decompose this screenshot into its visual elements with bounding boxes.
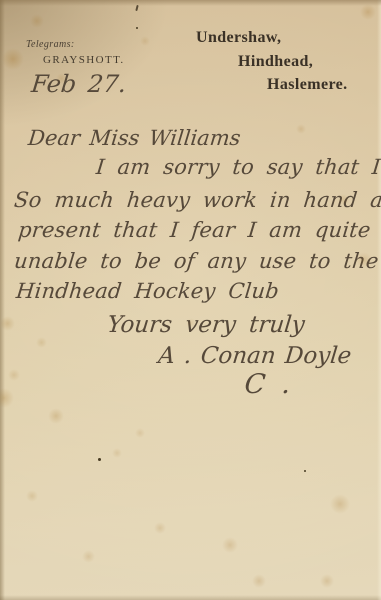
foxing-stain [338,194,349,205]
foxing-stain [112,448,122,458]
ink-speck [304,470,306,472]
foxing-stain [30,14,44,28]
letterhead-line-haslemere: Haslemere. [267,76,348,94]
telegrams-address: GRAYSHOTT. [43,54,125,66]
body-line: present that I fear I am quite [17,218,372,242]
foxing-stain [330,494,350,514]
body-line: Hindhead Hockey Club [15,279,280,303]
foxing-stain [8,369,20,381]
body-line: So much heavy work in hand at [13,188,381,212]
foxing-stain [56,73,67,84]
foxing-stain [320,574,334,588]
foxing-stain [82,550,95,563]
foxing-stain [360,4,376,20]
foxing-stain [252,574,266,588]
foxing-stain [356,252,372,268]
foxing-stain [222,537,238,553]
signature-flourish: C . [243,369,292,400]
body-line: I am sorry to say that I have [95,155,381,179]
letterhead-line-hindhead: Hindhead, [238,53,313,71]
signature: A . Conan Doyle [157,343,353,369]
foxing-stain [0,316,15,331]
foxing-stain [0,388,14,408]
foxing-stain [135,428,145,438]
foxing-stain [2,48,24,70]
handwritten-date: Feb 27. [30,70,128,98]
foxing-stain [48,408,64,424]
ink-speck [136,27,138,29]
letter-photo: { "letterhead": { "telegrams_label": "Te… [0,0,381,600]
telegrams-label: Telegrams: [26,39,75,50]
foxing-stain [140,36,150,46]
ink-speck [98,458,101,461]
pen-mark [135,5,138,11]
letter-paper: Telegrams: GRAYSHOTT. Undershaw, Hindhea… [0,0,381,600]
foxing-stain [186,318,196,328]
body-line: unable to be of any use to the [13,249,380,273]
closing: Yours very truly [106,312,306,338]
foxing-stain [26,490,38,502]
foxing-stain [296,124,306,134]
foxing-stain [154,522,166,534]
letterhead-line-undershaw: Undershaw, [196,29,281,47]
salutation: Dear Miss Williams [27,126,242,150]
foxing-stain [36,337,47,348]
